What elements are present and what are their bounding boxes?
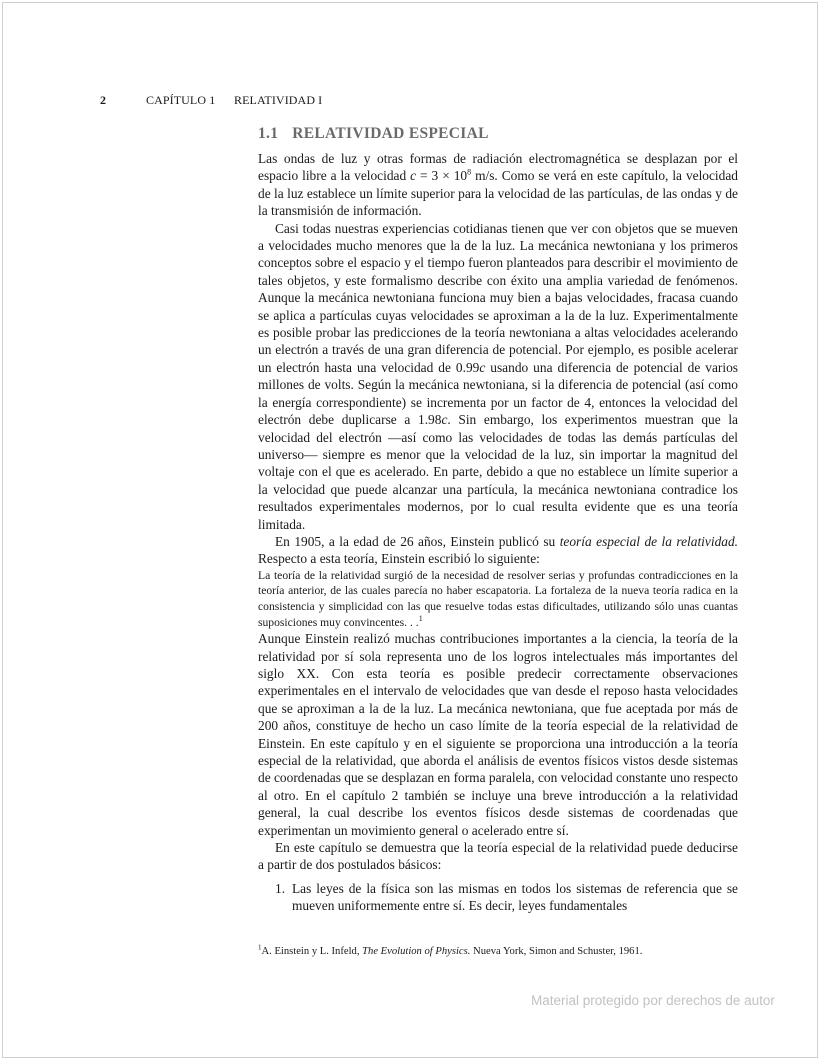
section-number: 1.1 [258, 125, 278, 142]
page-number: 2 [100, 93, 106, 108]
chapter-title: RELATIVIDAD I [234, 93, 322, 108]
list-item: 1. Las leyes de la física son las mismas… [258, 880, 738, 915]
list-item-text: Las leyes de la física son las mismas en… [292, 881, 738, 913]
section-heading: 1.1RELATIVIDAD ESPECIAL [258, 125, 489, 143]
section-title: RELATIVIDAD ESPECIAL [292, 125, 489, 142]
list-item-number: 1. [275, 880, 285, 897]
body-text: Las ondas de luz y otras formas de radia… [258, 150, 738, 915]
paragraph-5: En este capítulo se demuestra que la teo… [258, 839, 738, 874]
paragraph-1: Las ondas de luz y otras formas de radia… [258, 150, 738, 220]
paragraph-4: Aunque Einstein realizó muchas contribuc… [258, 630, 738, 839]
block-quote: La teoría de la relatividad surgió de la… [258, 568, 738, 630]
paragraph-2: Casi todas nuestras experiencias cotidia… [258, 220, 738, 533]
postulates-list: 1. Las leyes de la física son las mismas… [258, 880, 738, 915]
copyright-watermark: Material protegido por derechos de autor [531, 993, 775, 1008]
chapter-label: CAPÍTULO 1 [146, 93, 215, 108]
footnote-ref[interactable]: 1 [419, 614, 423, 623]
footnote: 1A. Einstein y L. Infeld, The Evolution … [258, 946, 642, 957]
paragraph-3: En 1905, a la edad de 26 años, Einstein … [258, 533, 738, 568]
footnote-book-title: The Evolution of Physics. [362, 946, 470, 957]
